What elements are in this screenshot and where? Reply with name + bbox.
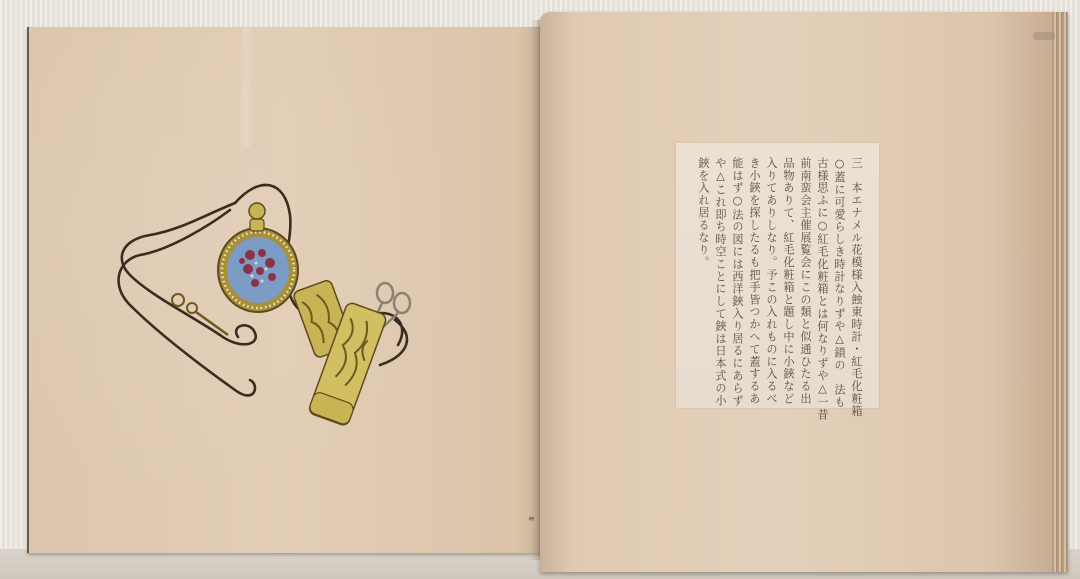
caption-column: ○蓋に可愛らしき時計なりずや△鎖の 法も [831, 157, 848, 397]
pocket-watch-etui-illustration [110, 175, 430, 435]
gutter-mark: ≡ [528, 514, 535, 523]
caption-column: 鋏を入れ居るなり。 [695, 157, 712, 397]
caption-label-slip: 三 本エナメル花模様入蝕東時計・紅毛化粧箱 ○蓋に可愛らしき時計なりずや△鎖の … [676, 143, 879, 408]
page-stack-edge [1052, 12, 1068, 572]
pocket-watch-icon [218, 203, 298, 312]
caption-column: 前南蛮会主催展覧会にこの類と似通ひたる出 [797, 157, 814, 397]
page-mark [1033, 32, 1055, 40]
caption-column: や△これ即ち時空ことにして鋏は日本式の小 [712, 157, 729, 397]
caption-column: 品物ありて、紅毛化粧箱と題し中に小鋏など [780, 157, 797, 397]
caption-column: き小鋏を探したるも把手皆つかへて蓋するあ [746, 157, 763, 397]
caption-column: 入りてありしなり。予この入れものに入るべ [763, 157, 780, 397]
watch-key-icon [172, 294, 228, 335]
caption-column: 古様思ふに○紅毛化粧箱とは何なりずや△一昔 [814, 157, 831, 397]
caption-column: 能はず○法の図には西洋鋏入り居るにあらず [729, 157, 746, 397]
caption-text: 三 本エナメル花模様入蝕東時計・紅毛化粧箱 ○蓋に可愛らしき時計なりずや△鎖の … [695, 157, 865, 397]
caption-column: 三 本エナメル花模様入蝕東時計・紅毛化粧箱 [848, 157, 865, 397]
